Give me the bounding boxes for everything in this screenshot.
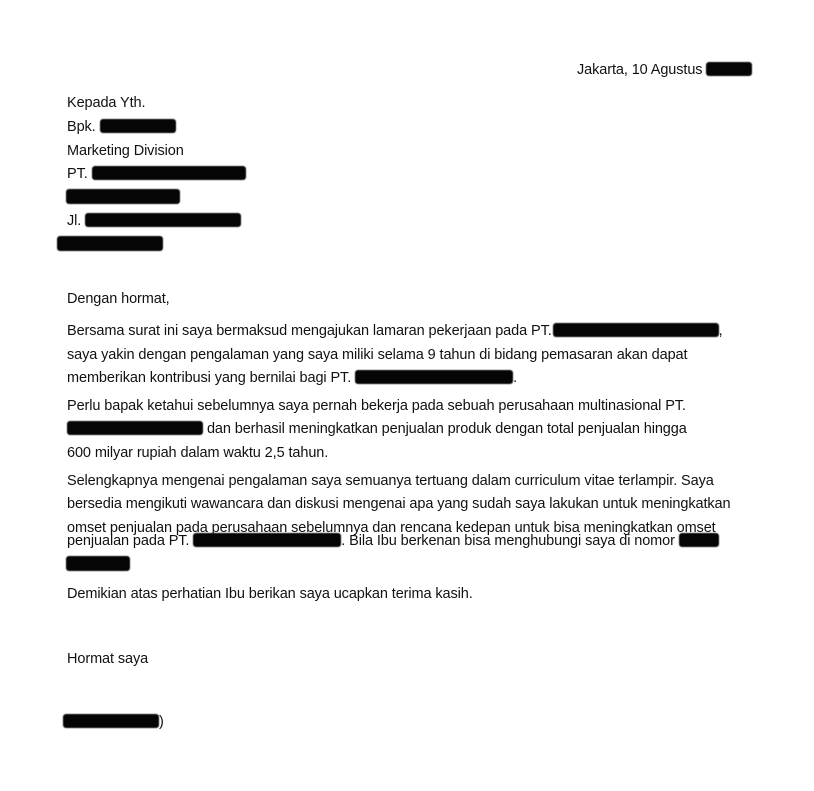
street-prefix: Jl.	[67, 213, 81, 229]
salutation: Dengan hormat,	[67, 290, 170, 308]
paragraph-3-line-2: bersedia mengikuti wawancara dan diskusi…	[67, 495, 730, 513]
redacted-phone-part-2	[66, 556, 130, 571]
redacted-target-company	[553, 323, 719, 337]
signature: )	[63, 713, 164, 731]
company-prefix: PT.	[67, 166, 88, 182]
text: Bersama surat ini saya bermaksud mengaju…	[67, 323, 552, 339]
redacted-city	[57, 236, 163, 251]
recipient-street: Jl.	[67, 212, 241, 230]
place-date-text: Jakarta, 10 Agustus	[577, 62, 702, 78]
paragraph-2-line-1: Perlu bapak ketahui sebelumnya saya pern…	[67, 397, 686, 415]
text: dan berhasil meningkatkan penjualan prod…	[207, 421, 687, 437]
text: .	[513, 370, 517, 386]
text: ,	[719, 323, 723, 339]
paragraph-3-line-1: Selengkapnya mengenai pengalaman saya se…	[67, 472, 714, 490]
paragraph-3-line-4: penjualan pada PT. . Bila Ibu berkenan b…	[67, 532, 719, 550]
paragraph-1-line-3: memberikan kontribusi yang bernilai bagi…	[67, 369, 517, 387]
paragraph-1-line-1: Bersama surat ini saya bermaksud mengaju…	[67, 322, 723, 340]
redacted-target-company-2	[355, 370, 513, 384]
redacted-company-name	[92, 166, 246, 180]
recipient-greeting: Kepada Yth.	[67, 94, 145, 112]
redacted-recipient-name	[100, 119, 176, 133]
recipient-name: Bpk.	[67, 118, 176, 136]
text: . Bila Ibu berkenan bisa menghubungi say…	[341, 533, 675, 549]
redacted-year	[706, 62, 752, 76]
paragraph-2-line-2: dan berhasil meningkatkan penjualan prod…	[67, 420, 687, 438]
redacted-street	[85, 213, 241, 227]
redacted-phone-part-1	[679, 533, 719, 547]
place-date: Jakarta, 10 Agustus	[577, 61, 752, 79]
redacted-previous-company	[67, 421, 203, 435]
text: memberikan kontribusi yang bernilai bagi…	[67, 370, 351, 386]
recipient-title: Bpk.	[67, 119, 96, 135]
redacted-signer-name	[63, 714, 159, 728]
text: )	[159, 714, 164, 730]
text: penjualan pada PT.	[67, 533, 189, 549]
letter-page: Jakarta, 10 Agustus Kepada Yth. Bpk. Mar…	[0, 0, 814, 791]
paragraph-2-line-3: 600 milyar rupiah dalam waktu 2,5 tahun.	[67, 444, 328, 462]
paragraph-1-line-2: saya yakin dengan pengalaman yang saya m…	[67, 346, 687, 364]
closing: Hormat saya	[67, 650, 148, 668]
paragraph-4-line-1: Demikian atas perhatian Ibu berikan saya…	[67, 585, 473, 603]
redacted-target-company-3	[193, 533, 341, 547]
recipient-company: PT.	[67, 165, 246, 183]
redacted-address-line-1	[66, 189, 180, 204]
recipient-division: Marketing Division	[67, 142, 184, 160]
